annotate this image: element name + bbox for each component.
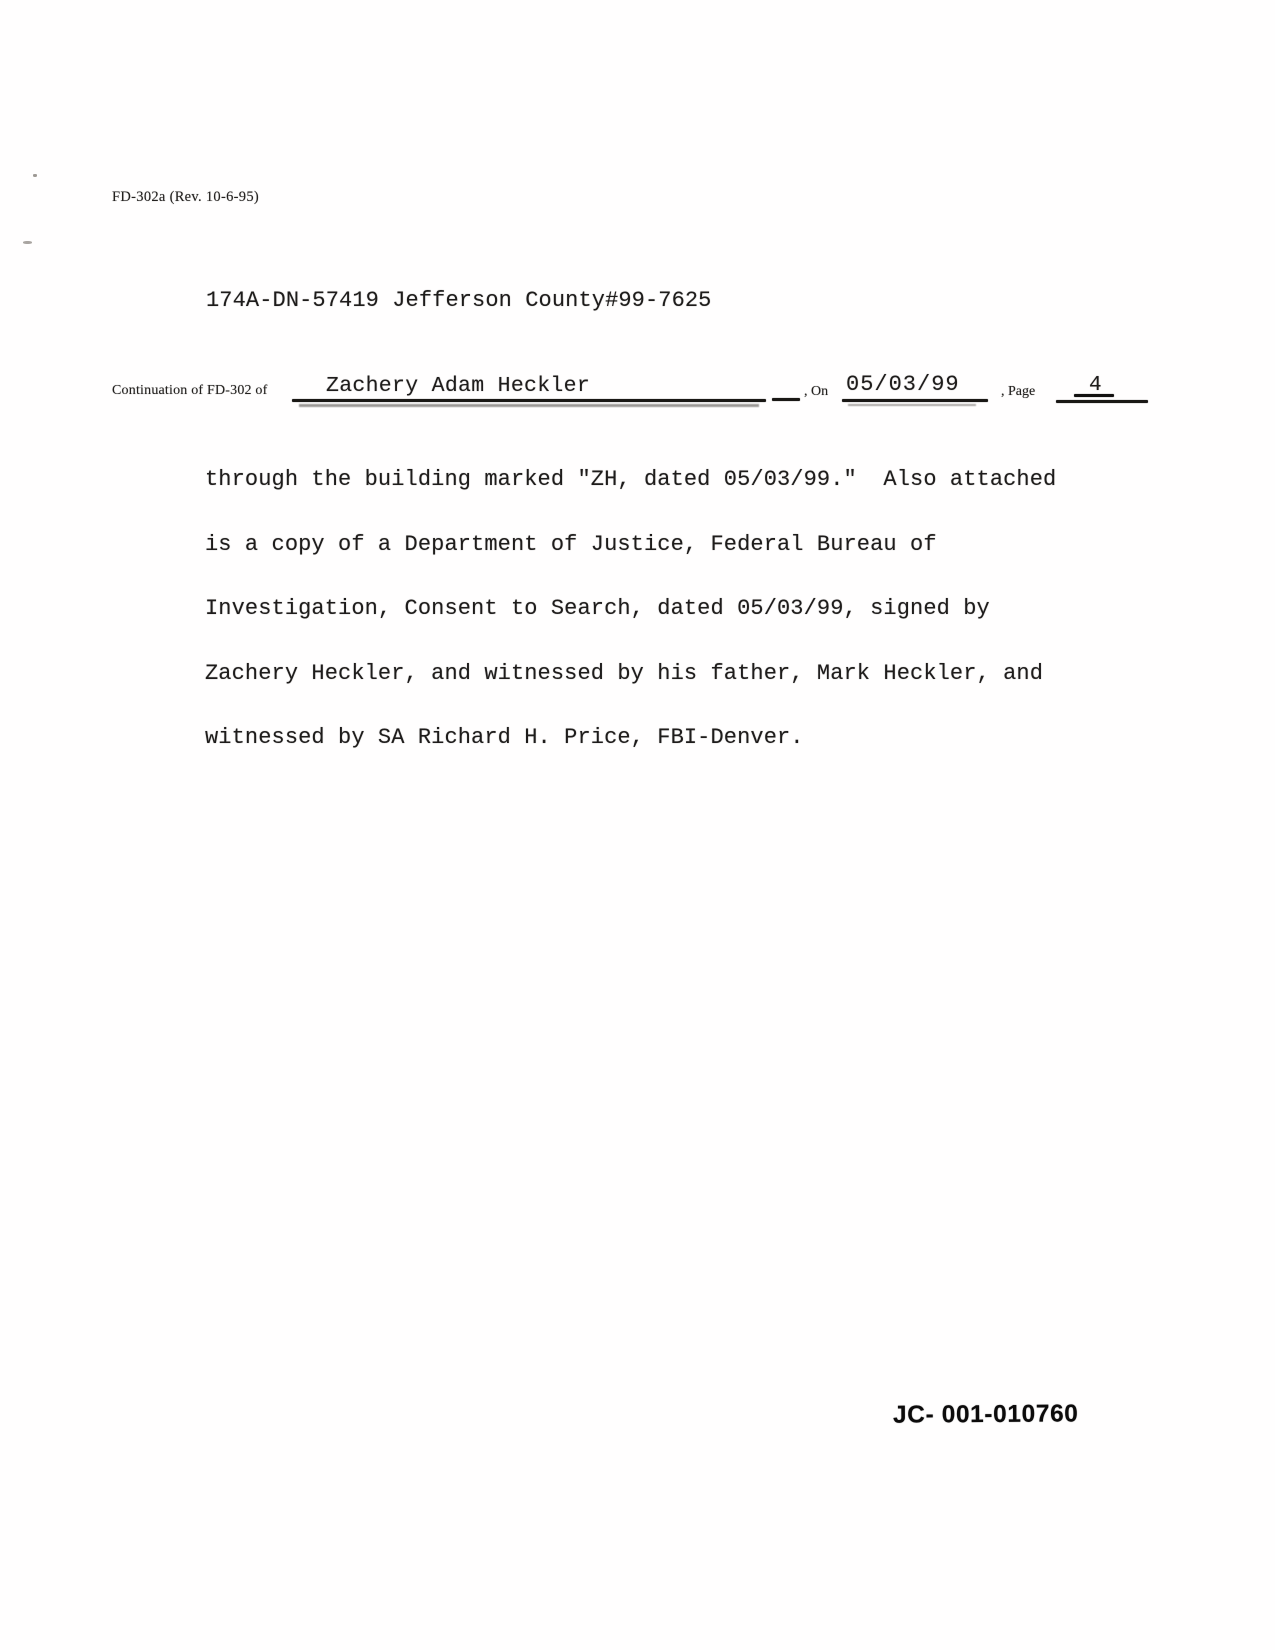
page-number-underline [1074,394,1114,397]
date-value: 05/03/99 [846,372,960,397]
body-paragraph: through the building marked "ZH, dated 0… [205,426,1056,792]
body-line: Investigation, Consent to Search, dated … [205,598,1056,620]
name-underline-smear [299,404,759,407]
body-line: through the building marked "ZH, dated 0… [205,469,1056,491]
scanned-document-page: FD-302a (Rev. 10-6-95) 174A-DN-57419 Jef… [0,0,1275,1650]
page-label: , Page [1001,384,1035,400]
continuation-of-label: Continuation of FD-302 of [112,383,268,399]
page-number-underline-long [1056,400,1148,403]
on-label: , On [804,384,828,400]
date-underline-smear [848,404,976,406]
scan-artifact-dot [33,174,37,177]
scan-artifact-dash [23,241,32,244]
subject-name-value: Zachery Adam Heckler [326,374,590,398]
case-number-line: 174A-DN-57419 Jefferson County#99-7625 [206,288,711,313]
date-underline [842,399,988,402]
name-underline-fragment [772,398,800,401]
body-line: is a copy of a Department of Justice, Fe… [205,534,1056,556]
bates-number-stamp: JC- 001-010760 [893,1400,1079,1429]
body-line: Zachery Heckler, and witnessed by his fa… [205,663,1056,685]
form-revision-label: FD-302a (Rev. 10-6-95) [112,189,259,206]
name-underline [292,399,766,402]
body-line: witnessed by SA Richard H. Price, FBI-De… [205,727,1056,749]
